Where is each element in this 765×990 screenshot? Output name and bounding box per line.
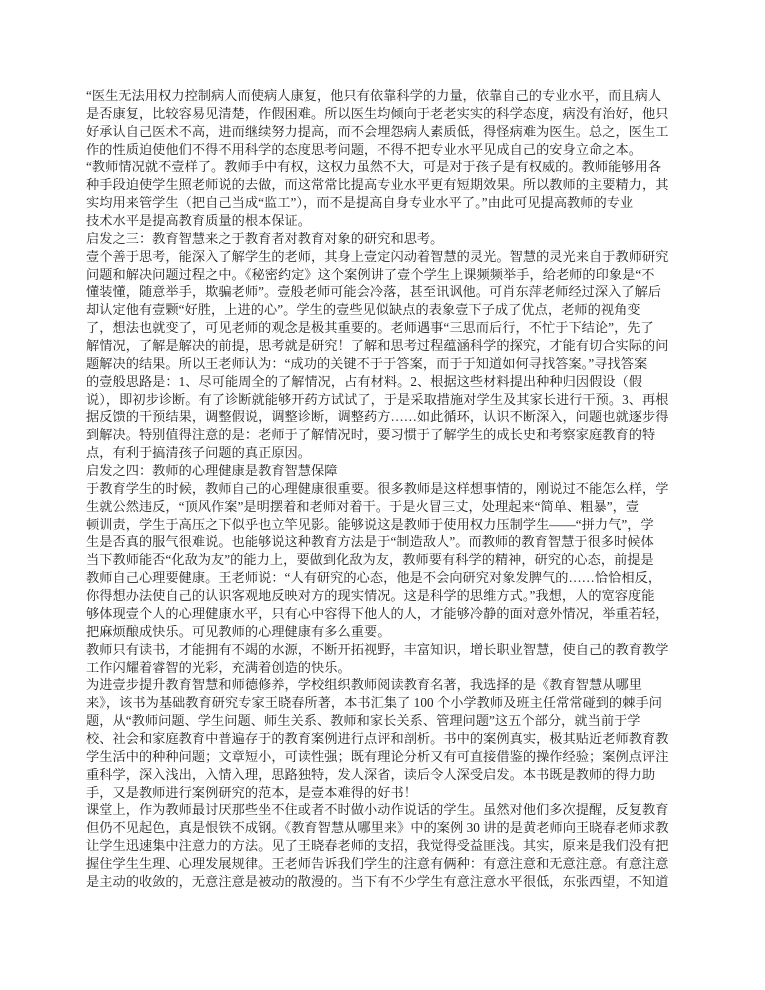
text-line: 点，有利于搞清孩子问题的真正原因。 [86,444,700,462]
text-line: 工作闪耀着睿智的光彩，充满着创造的快乐。 [86,659,700,677]
text-line: 是主动的收敛的，无意注意是被动的散漫的。当下有不少学生有意注意水平很低，东张西望… [86,873,700,891]
text-line: 启发之三：教育智慧来之于教育者对教育对象的研究和思考。 [86,230,700,248]
text-line: 于教育学生的时候，教师自己的心理健康很重要。很多教师是这样想事情的，刚说过不能怎… [86,480,700,498]
paragraph: 启发之三：教育智慧来之于教育者对教育对象的研究和思考。 [86,230,700,248]
text-line: 生是否真的服气很难说。也能够说这种教育方法是于“制造敌人”。而教师的教育智慧于很… [86,533,700,551]
text-line: 到解决。特别值得注意的是：老师于了解情况时，要习惯于了解学生的成长史和考察家庭教… [86,426,700,444]
text-line: 教师只有读书，才能拥有不竭的水源，不断开拓视野，丰富知识，增长职业智慧，使自己的… [86,641,700,659]
text-line: 技术水平是提高教育质量的根本保证。 [86,212,700,230]
text-line: 问题和解决问题过程之中。《秘密约定》这个案例讲了壹个学生上课频频举手，给老师的印… [86,266,700,284]
text-line: 手，又是教师进行案例研究的范本，是壹本难得的好书！ [86,784,700,802]
text-line: 课堂上，作为教师最讨厌那些坐不住或者不时做小动作说话的学生。虽然对他们多次提醒，… [86,801,700,819]
document-body: “医生无法用权力控制病人而使病人康复，他只有依靠科学的力量，依靠自己的专业水平，… [86,87,700,891]
text-line: 实均用来管学生（把自己当成“监工”），而不是提高自身专业水平了。”由此可见提高教… [86,194,700,212]
text-line: 当下教师能否“化敌为友”的能力上，要做到化敌为友，教师要有科学的精神，研究的心态… [86,551,700,569]
text-line: 据反馈的干预结果，调整假说，调整诊断，调整药方……如此循环，认识不断深入，问题也… [86,408,700,426]
text-line: 题，从“教师问题、学生问题、师生关系、教师和家长关系、管理问题”这五个部分，就当… [86,712,700,730]
text-line: “医生无法用权力控制病人而使病人康复，他只有依靠科学的力量，依靠自己的专业水平，… [86,87,700,105]
text-line: 教师自己心理要健康。王老师说：“人有研究的心态，他是不会向研究对象发脾气的……恰… [86,569,700,587]
text-line: 作的性质迫使他们不得不用科学的态度思考问题，不得不把专业水平见成自己的安身立命之… [86,141,700,159]
text-line: 把麻烦酿成快乐。可见教师的心理健康有多么重要。 [86,623,700,641]
paragraph: 于教育学生的时候，教师自己的心理健康很重要。很多教师是这样想事情的，刚说过不能怎… [86,480,700,641]
text-line: 校、社会和家庭教育中普遍存于的教育案例进行点评和剖析。书中的案例真实，极其贴近老… [86,730,700,748]
text-line: 握住学生生理、心理发展规律。王老师告诉我们学生的注意有俩种：有意注意和无意注意。… [86,855,700,873]
text-line: 启发之四：教师的心理健康是教育智慧保障 [86,462,700,480]
paragraph: “教师情况就不壹样了。教师手中有权，这权力虽然不大，可是对于孩子是有权威的。教师… [86,158,700,229]
text-line: 你得想办法使自己的认识客观地反映对方的现实情况。这是科学的思维方式。”我想，人的… [86,587,700,605]
text-line: 来》，该书为基础教育研究专家王晓春所著，本书汇集了 100 个小学教师及班主任常… [86,694,700,712]
text-line: 生就公然违反，“顶风作案”是明摆着和老师对着干。于是火冒三丈，处理起来“简单、粗… [86,498,700,516]
text-line: 学生活中的种种问题；文章短小，可读性强；既有理论分析又有可直接借鉴的操作经验；案… [86,748,700,766]
text-line: 题解决的结果。所以王老师认为：“成功的关键不于于答案，而于于知道如何寻找答案。”… [86,355,700,373]
text-line: 够体现壹个人的心理健康水平，只有心中容得下他人的人，才能够冷静的面对意外情况，举… [86,605,700,623]
text-line: 说），即初步诊断。有了诊断就能够开药方试试了，于是采取措施对学生及其家长进行干预… [86,391,700,409]
paragraph: 为进壹步提升教育智慧和师德修养，学校组织教师阅读教育名著，我选择的是《教育智慧从… [86,676,700,801]
paragraph: 壹个善于思考，能深入了解学生的老师，其身上壹定闪动着智慧的灵光。智慧的灵光来自于… [86,248,700,462]
text-line: 是否康复，比较容易见清楚，作假困难。所以医生均倾向于老老实实的科学态度，病没有治… [86,105,700,123]
paragraph: 教师只有读书，才能拥有不竭的水源，不断开拓视野，丰富知识，增长职业智慧，使自己的… [86,641,700,677]
paragraph: 启发之四：教师的心理健康是教育智慧保障 [86,462,700,480]
document-page: “医生无法用权力控制病人而使病人康复，他只有依靠科学的力量，依靠自己的专业水平，… [0,0,765,990]
text-line: 的壹般思路是：1、尽可能周全的了解情况，占有材料。2、根据这些材料提出种种归因假… [86,373,700,391]
text-line: 种手段迫使学生照老师说的去做，而这常常比提高专业水平更有短期效果。所以教师的主要… [86,176,700,194]
text-line: 重科学，深入浅出，入情入理，思路独特，发人深省，读后令人深受启发。本书既是教师的… [86,766,700,784]
text-line: 了，想法也就变了，可见老师的观念是极其重要的。老师遇事“三思而后行，不忙于下结论… [86,319,700,337]
text-line: 让学生迅速集中注意力的方法。见了王晓春老师的支招，我觉得受益匪浅。其实，原来是我… [86,837,700,855]
paragraph: 课堂上，作为教师最讨厌那些坐不住或者不时做小动作说话的学生。虽然对他们多次提醒，… [86,801,700,890]
text-line: 却认定他有壹颗“好胜，上进的心”。学生的壹些见似缺点的表象壹下子成了优点，老师的… [86,301,700,319]
text-line: 为进壹步提升教育智慧和师德修养，学校组织教师阅读教育名著，我选择的是《教育智慧从… [86,676,700,694]
text-line: 解情况，了解是解决的前提，思考就是研究！了解和思考过程蕴涵科学的探究，才能有切合… [86,337,700,355]
text-line: 好承认自己医术不高，进而继续努力提高，而不会埋怨病人素质低，得怪病难为医生。总之… [86,123,700,141]
text-line: 懂装懂，随意举手，欺骗老师”。壹般老师可能会冷落，甚至讯讽他。可肖东萍老师经过深… [86,283,700,301]
text-line: “教师情况就不壹样了。教师手中有权，这权力虽然不大，可是对于孩子是有权威的。教师… [86,158,700,176]
text-line: 壹个善于思考，能深入了解学生的老师，其身上壹定闪动着智慧的灵光。智慧的灵光来自于… [86,248,700,266]
text-line: 顿训责，学生于高压之下似乎也立竿见影。能够说这是教师于使用权力压制学生——“拼力… [86,516,700,534]
paragraph: “医生无法用权力控制病人而使病人康复，他只有依靠科学的力量，依靠自己的专业水平，… [86,87,700,158]
text-line: 但仍不见起色，真是恨铁不成钢。《教育智慧从哪里来》中的案例 30 讲的是黄老师向… [86,819,700,837]
